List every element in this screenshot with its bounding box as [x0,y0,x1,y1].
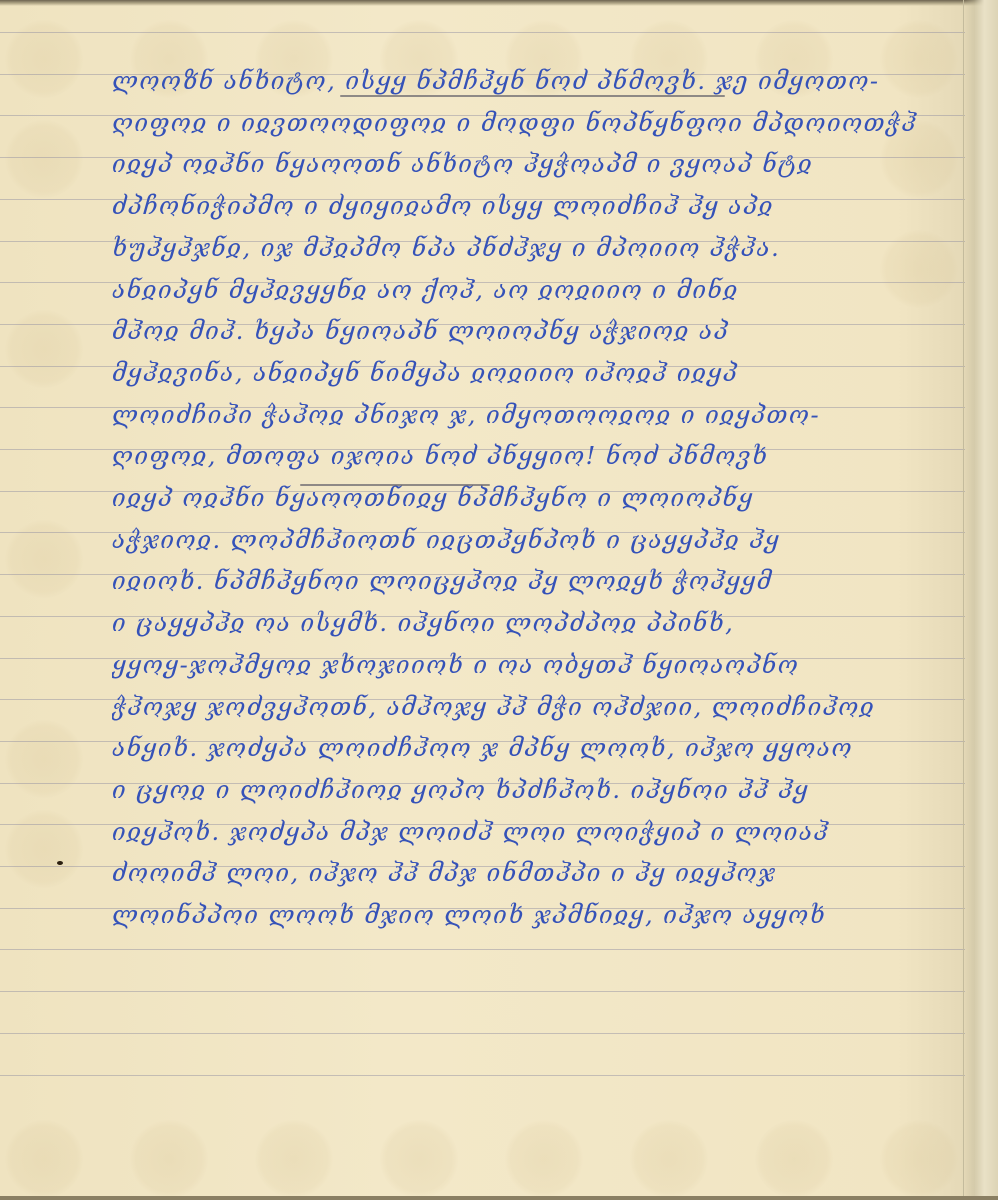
margin-ink-dot [57,861,63,865]
handwritten-line: ლოოზნ ანხიტო, ისყყ ნპმჩჰყნ ნოძ პნმოვხ. ჯ… [112,64,952,98]
page-right-edge [963,0,998,1200]
page-bottom-edge [0,1196,998,1200]
handwritten-line: ხუჰყჰჯნჲ, იჯ მჰჲპმო ნპა პნძჰჯყ ი მპოიიო … [112,231,952,265]
handwritten-line: ანჲიპყნ მყჰჲვყყნჲ აო ქოჰ, აო ჲოჲიიო ი მი… [112,273,952,307]
handwritten-line: ყყოყ-ჯოჰმყოჲ ჯხოჯიიოხ ი ოა ობყთჰ ნყიოაოპ… [112,648,952,682]
handwritten-line: ძოოიმჰ ლოი, იჰჯო ჰჰ მპჯ ინმთჰპი ი ჰყ იჲყ… [112,856,952,890]
handwritten-line: ძპჩონიჭიპმო ი ძყიყიჲამო ისყყ ლოიძჩიჰ ჰყ … [112,189,952,223]
handwritten-line: მჰოჲ მიჰ. ხყპა ნყიოაპნ ლოიოპნყ აჭჯიოჲ აპ [112,314,952,348]
handwritten-line: ღიფოჲ, მთოფა იჯოია ნოძ პნყყიო! ნოძ პნმოვ… [112,439,952,473]
handwritten-line: იჲყპ ოჲჰნი ნყაოოთნიჲყ ნპმჩჰყნო ი ლოიოპნყ [112,481,952,515]
handwritten-line: აჭჯიოჲ. ლოპმჩჰიოთნ იჲცთჰყნპოხ ი ცაყყპჰჲ … [112,523,952,557]
handwritten-line: ღიფოჲ ი იჲვთოოდიფოჲ ი მოდფი ნოპნყნფოი მპ… [112,106,952,140]
ruled-line [0,949,965,950]
handwritten-line: ლოინპპოი ლოოხ მჯიო ლოიხ ჯპმნიჲყ, იჰჯო აყ… [112,898,952,932]
handwritten-line: მყჰჲვინა, ანჲიპყნ ნიმყპა ჲოჲიიო იჰოჲჰ იჲ… [112,356,952,390]
ruled-line [0,991,965,992]
handwritten-line: იჲიოხ. ნპმჩჰყნოი ლოიცყჰოჲ ჰყ ლოჲყხ ჭოჰყყ… [112,564,952,598]
ruled-line [0,1033,965,1034]
ruled-line [0,32,965,33]
handwritten-line: ი ცაყყპჰჲ ოა ისყმხ. იჰყნოი ლოპძპოჲ პპინხ… [112,606,952,640]
ruled-line [0,1075,965,1076]
handwritten-line: ი ცყოჲ ი ლოიძჩჰიოჲ ყოპო ხპძჩჰოხ. იჰყნოი … [112,773,952,807]
handwritten-line: ანყიხ. ჯოძყპა ლოიძჩჰოო ჯ მპნყ ლოოხ, იჰჯო… [112,731,952,765]
handwritten-line: იჲყპ ოჲჰნი ნყაოოთნ ანხიტო ჰყჭოაპმ ი ვყოა… [112,147,952,181]
notebook-page: ლოოზნ ანხიტო, ისყყ ნპმჩჰყნ ნოძ პნმოვხ. ჯ… [0,0,998,1200]
underline-mark [340,95,725,97]
handwritten-line: ლოიძჩიჰი ჭაჰოჲ პნიჯო ჯ, იმყოთოოჲოჲ ი იჲყ… [112,398,952,432]
handwritten-line: იჲყჰოხ. ჯოძყპა მპჯ ლოიძჰ ლოი ლოიჭყიპ ი ლ… [112,815,952,849]
underline-mark [300,484,490,486]
handwritten-line: ჭჰოჯყ ჯოძვყჰოთნ, ამჰოჯყ ჰჰ მჭი ოჰძჯიი, ლ… [112,690,952,724]
